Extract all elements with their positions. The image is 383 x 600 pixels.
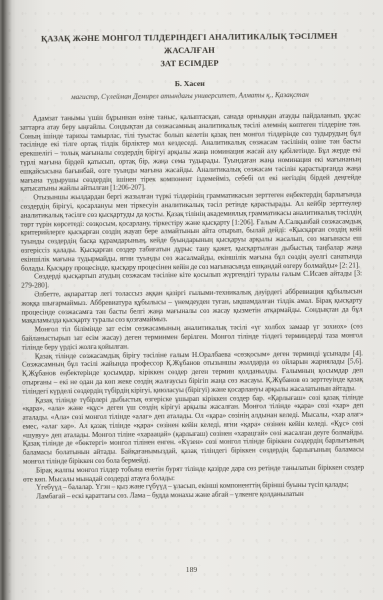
book-binding-shadow xyxy=(0,0,16,600)
author-affiliation: магистр, Сүлейман Демирел атындағы униве… xyxy=(19,90,360,101)
title-line-1: ҚАЗАҚ ЖӘНЕ МОНГОЛ ТІЛДЕРІНДЕГІ АНАЛИТИКА… xyxy=(19,29,360,58)
paragraph: Адамзат танымы үшін бұрыннан өзіне таныс… xyxy=(20,111,362,193)
paragraph: Әлбетте, ақпараттар легі толассыз аққан … xyxy=(21,287,362,325)
paragraph: Қазақ тілінде түбірлері дыбыстық өзгеріс… xyxy=(22,393,364,467)
title-line-2: ЗАТ ЕСІМДЕР xyxy=(19,55,360,71)
paragraph: Отызыншы жылдардан бергі жазылған түркі … xyxy=(20,191,362,273)
page-number: 189 xyxy=(0,565,383,574)
paragraph: Монғол тіл білімінде зат есім сөзжасамын… xyxy=(22,322,363,352)
page-title: ҚАЗАҚ ЖӘНЕ МОНГОЛ ТІЛДЕРІНДЕГІ АНАЛИТИКА… xyxy=(19,29,360,71)
scanned-page: ҚАЗАҚ ЖӘНЕ МОНГОЛ ТІЛДЕРІНДЕГІ АНАЛИТИКА… xyxy=(0,0,383,600)
article-body: Адамзат танымы үшін бұрыннан өзіне таныс… xyxy=(20,111,365,501)
list-item-buryat-word: Ламбагай – ескі қараттағы сөз. Лама – бу… xyxy=(23,490,364,502)
paragraph: Қазақ тілінде сөзжасамдық бірігу тәсілін… xyxy=(22,349,363,396)
page-content: ҚАЗАҚ ЖӘНЕ МОНГОЛ ТІЛДЕРІНДЕГІ АНАЛИТИКА… xyxy=(19,29,364,501)
author-name: Б. Хасен xyxy=(19,77,360,89)
